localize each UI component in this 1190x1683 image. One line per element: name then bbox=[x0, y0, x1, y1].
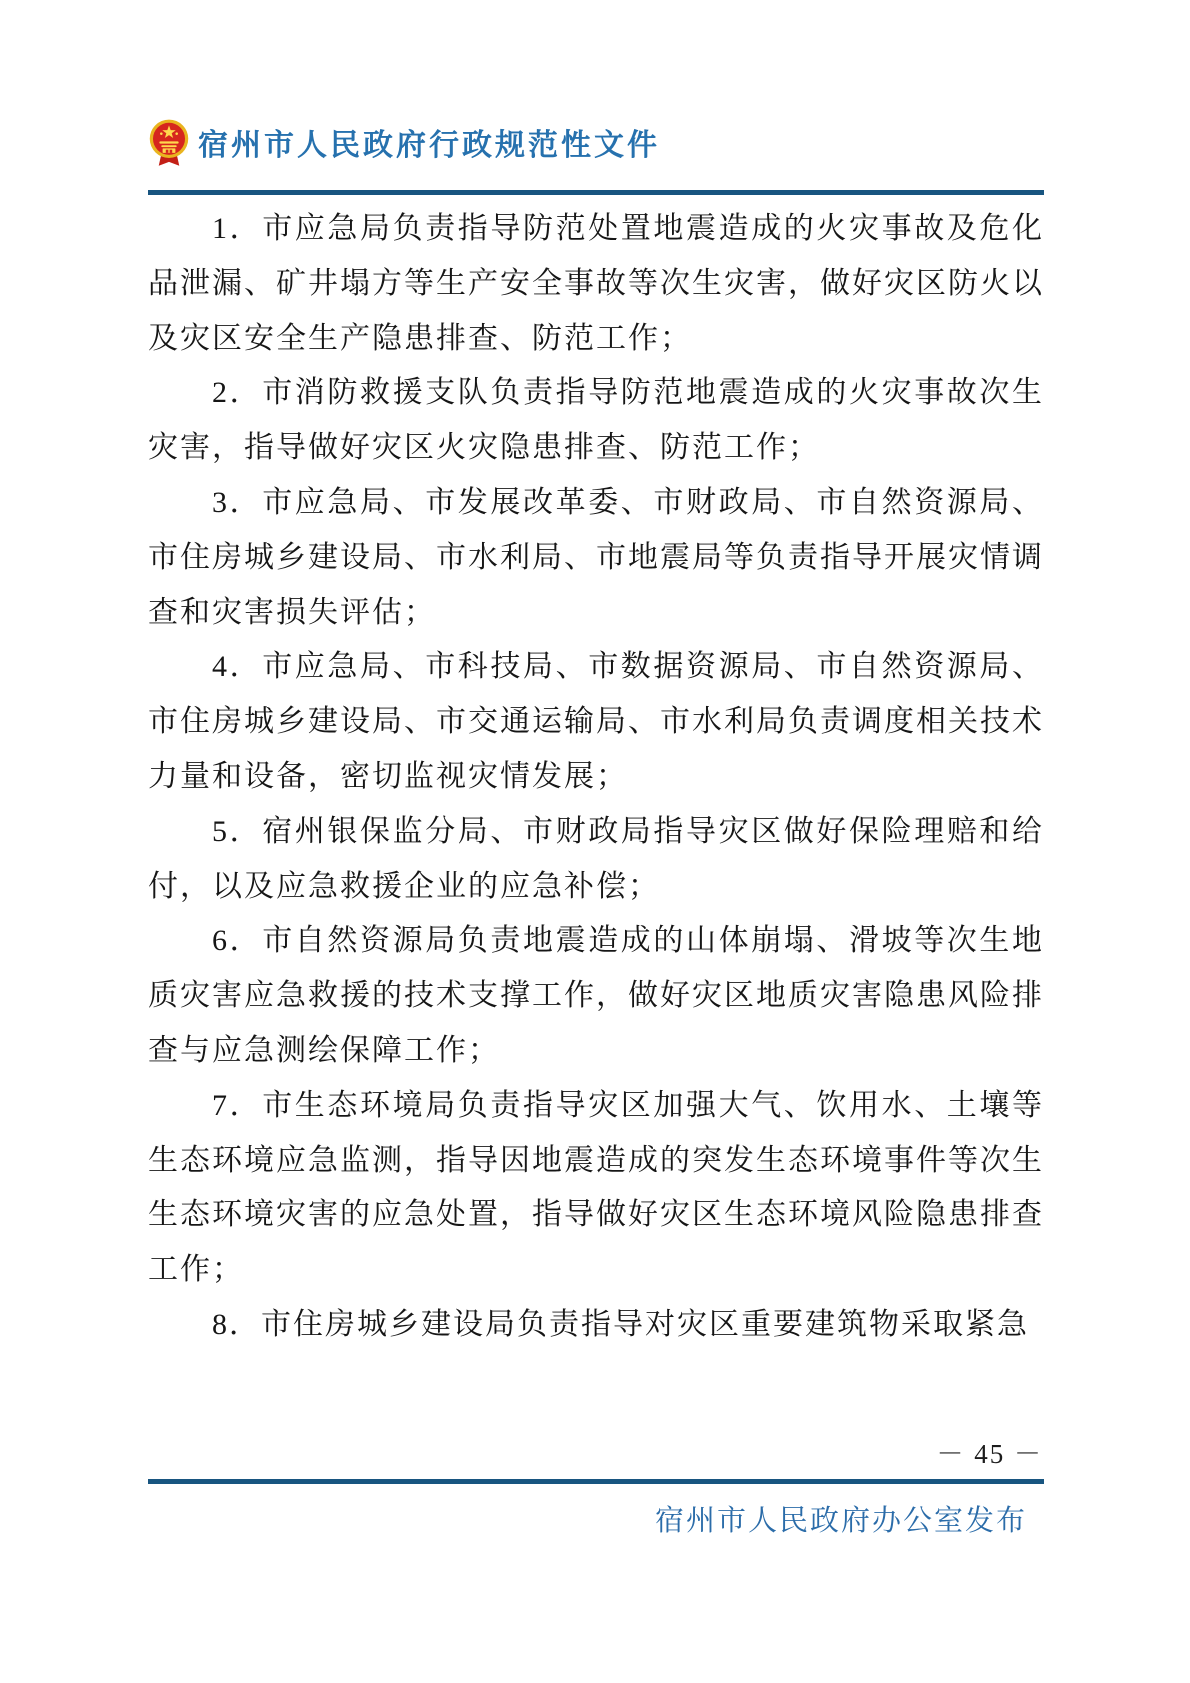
document-header: 宿州市人民政府行政规范性文件 bbox=[148, 112, 1048, 172]
header-divider bbox=[148, 190, 1044, 195]
document-page: 宿州市人民政府行政规范性文件 1．市应急局负责指导防范处置地震造成的火灾事故及危… bbox=[0, 0, 1190, 1683]
page-title: 宿州市人民政府行政规范性文件 bbox=[198, 120, 660, 164]
body-paragraph: 4．市应急局、市科技局、市数据资源局、市自然资源局、市住房城乡建设局、市交通运输… bbox=[148, 640, 1044, 804]
document-body: 1．市应急局负责指导防范处置地震造成的火灾事故及危化品泄漏、矿井塌方等生产安全事… bbox=[148, 202, 1044, 1353]
body-paragraph: 6．市自然资源局负责地震造成的山体崩塌、滑坡等次生地质灾害应急救援的技术支撑工作… bbox=[148, 914, 1044, 1078]
body-paragraph: 3．市应急局、市发展改革委、市财政局、市自然资源局、市住房城乡建设局、市水利局、… bbox=[148, 476, 1044, 640]
body-paragraph: 2．市消防救援支队负责指导防范地震造成的火灾事故次生灾害，指导做好灾区火灾隐患排… bbox=[148, 366, 1044, 476]
national-emblem-icon bbox=[148, 117, 190, 167]
page-number: － 45 － bbox=[937, 1432, 1044, 1471]
body-paragraph: 5．宿州银保监分局、市财政局指导灾区做好保险理赔和给付，以及应急救援企业的应急补… bbox=[148, 805, 1044, 915]
footer-publisher: 宿州市人民政府办公室发布 bbox=[655, 1498, 1027, 1539]
body-paragraph: 7．市生态环境局负责指导灾区加强大气、饮用水、土壤等生态环境应急监测，指导因地震… bbox=[148, 1079, 1044, 1298]
footer-divider bbox=[148, 1479, 1044, 1484]
body-paragraph: 1．市应急局负责指导防范处置地震造成的火灾事故及危化品泄漏、矿井塌方等生产安全事… bbox=[148, 202, 1044, 366]
body-paragraph: 8．市住房城乡建设局负责指导对灾区重要建筑物采取紧急 bbox=[148, 1298, 1044, 1353]
